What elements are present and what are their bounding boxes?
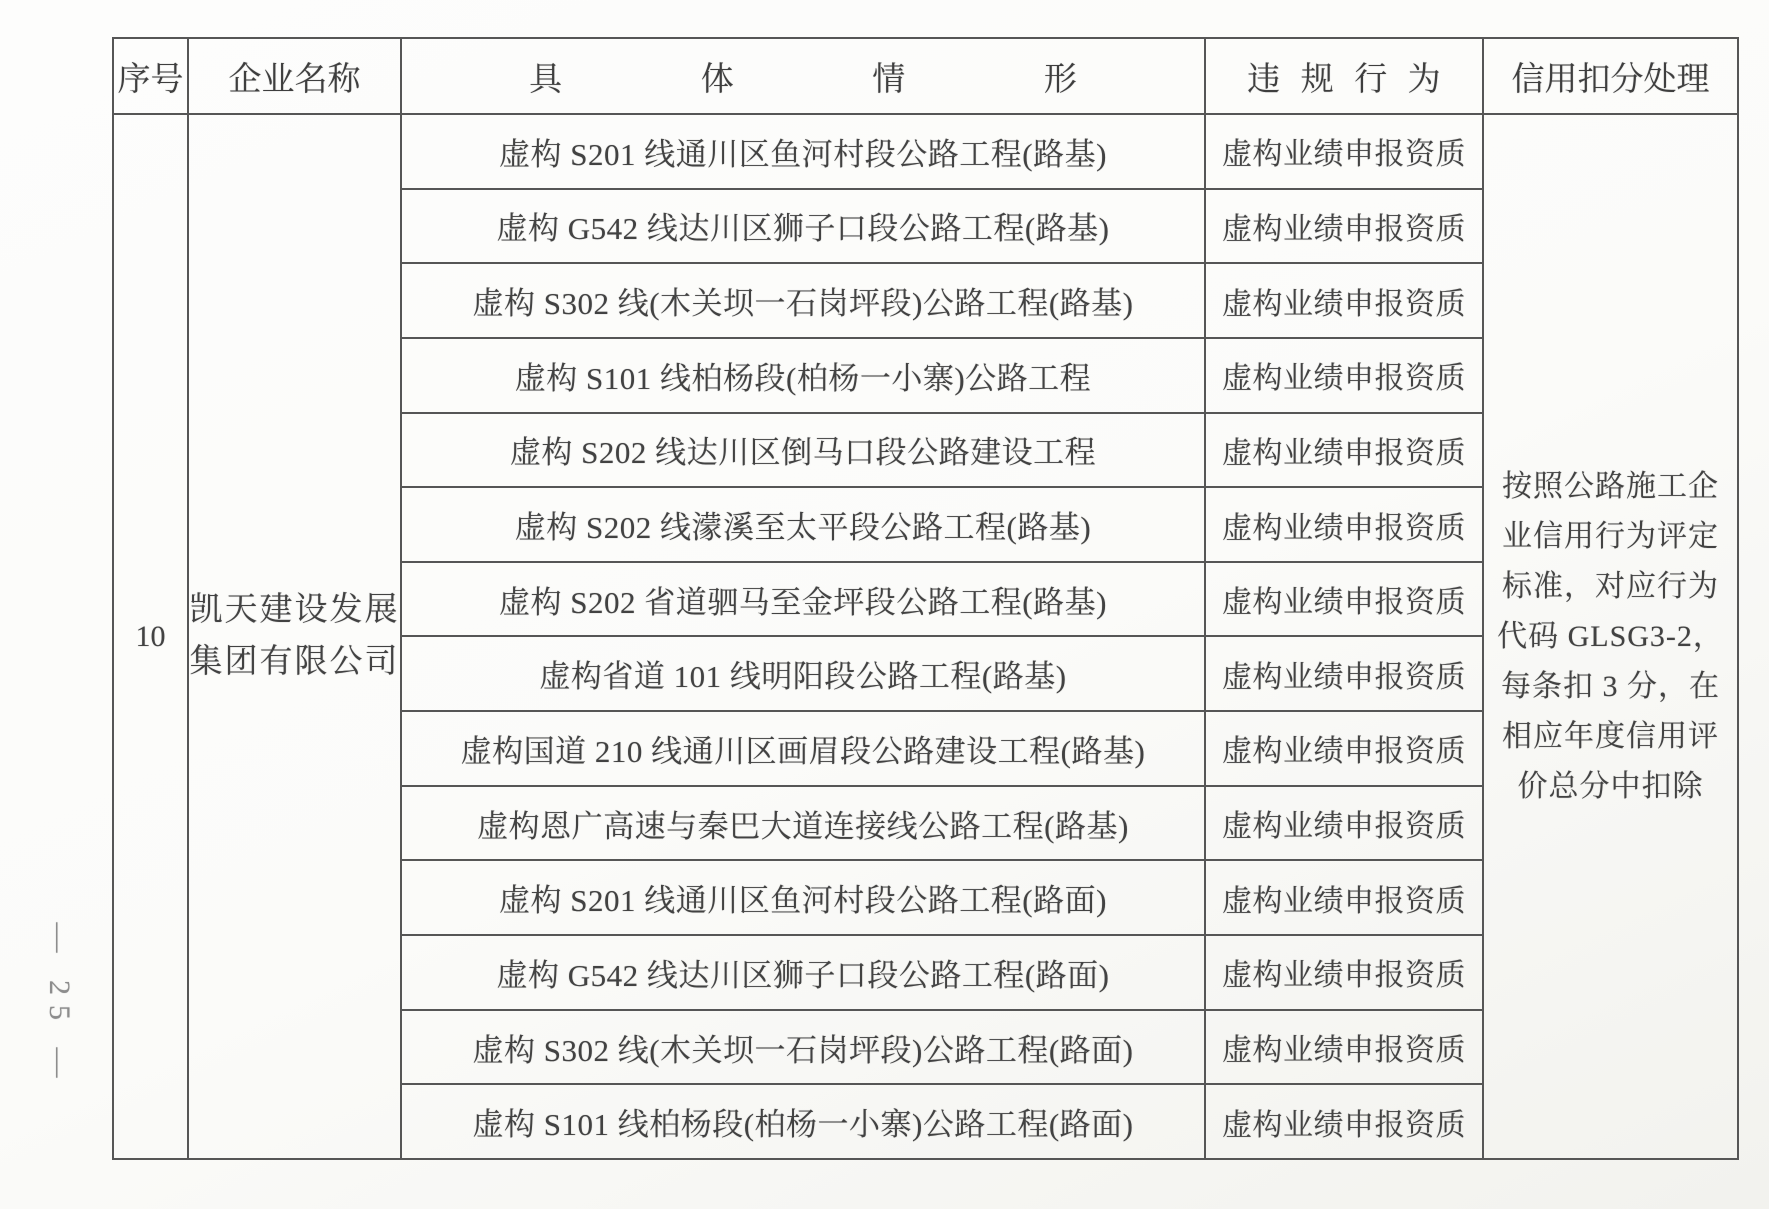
violation-cell: 虚构业绩申报资质 [1205,413,1483,488]
situation-cell: 虚构 G542 线达川区狮子口段公路工程(路面) [401,935,1205,1010]
violation-cell: 虚构业绩申报资质 [1205,114,1483,189]
violation-cell: 虚构业绩申报资质 [1205,636,1483,711]
situation-cell: 虚构 S202 线达川区倒马口段公路建设工程 [401,413,1205,488]
penalty-cell: 按照公路施工企 业信用行为评定 标准，对应行为 代码 GLSG3-2， 每条扣 … [1483,114,1738,1159]
company-cell: 凯天建设发展 集团有限公司 [188,114,401,1159]
violations-table: 序号 企业名称 具体情形 违规行为 信用扣分处理 10 凯天建设发展 集团有限公… [112,37,1739,1160]
violation-cell: 虚构业绩申报资质 [1205,711,1483,786]
violation-cell: 虚构业绩申报资质 [1205,338,1483,413]
violation-cell: 虚构业绩申报资质 [1205,1084,1483,1159]
serial-cell: 10 [113,114,188,1159]
header-serial: 序号 [113,38,188,114]
situation-cell: 虚构 S201 线通川区鱼河村段公路工程(路基) [401,114,1205,189]
scanned-page: — 25 — 序号 企业名称 具体情形 违规行为 信用扣分处理 10 凯天建设发… [0,0,1769,1209]
situation-cell: 虚构国道 210 线通川区画眉段公路建设工程(路基) [401,711,1205,786]
situation-cell: 虚构 S202 线濛溪至太平段公路工程(路基) [401,487,1205,562]
situation-cell: 虚构 S101 线柏杨段(柏杨一小寨)公路工程 [401,338,1205,413]
violation-cell: 虚构业绩申报资质 [1205,1010,1483,1085]
violation-cell: 虚构业绩申报资质 [1205,562,1483,637]
situation-cell: 虚构省道 101 线明阳段公路工程(路基) [401,636,1205,711]
header-penalty: 信用扣分处理 [1483,38,1738,114]
situation-cell: 虚构 S302 线(木关坝一石岗坪段)公路工程(路面) [401,1010,1205,1085]
situation-cell: 虚构 S201 线通川区鱼河村段公路工程(路面) [401,860,1205,935]
violation-cell: 虚构业绩申报资质 [1205,860,1483,935]
violation-cell: 虚构业绩申报资质 [1205,189,1483,264]
table-row: 10 凯天建设发展 集团有限公司 虚构 S201 线通川区鱼河村段公路工程(路基… [113,114,1738,189]
violation-cell: 虚构业绩申报资质 [1205,935,1483,1010]
situation-cell: 虚构 S302 线(木关坝一石岗坪段)公路工程(路基) [401,263,1205,338]
violation-cell: 虚构业绩申报资质 [1205,487,1483,562]
header-company: 企业名称 [188,38,401,114]
page-number: — 25 — [40,855,76,1155]
header-violation: 违规行为 [1205,38,1483,114]
header-row: 序号 企业名称 具体情形 违规行为 信用扣分处理 [113,38,1738,114]
situation-cell: 虚构 S202 省道驷马至金坪段公路工程(路基) [401,562,1205,637]
situation-cell: 虚构 S101 线柏杨段(柏杨一小寨)公路工程(路面) [401,1084,1205,1159]
situation-cell: 虚构 G542 线达川区狮子口段公路工程(路基) [401,189,1205,264]
situation-cell: 虚构恩广高速与秦巴大道连接线公路工程(路基) [401,786,1205,861]
violation-cell: 虚构业绩申报资质 [1205,786,1483,861]
violation-cell: 虚构业绩申报资质 [1205,263,1483,338]
header-situation: 具体情形 [401,38,1205,114]
